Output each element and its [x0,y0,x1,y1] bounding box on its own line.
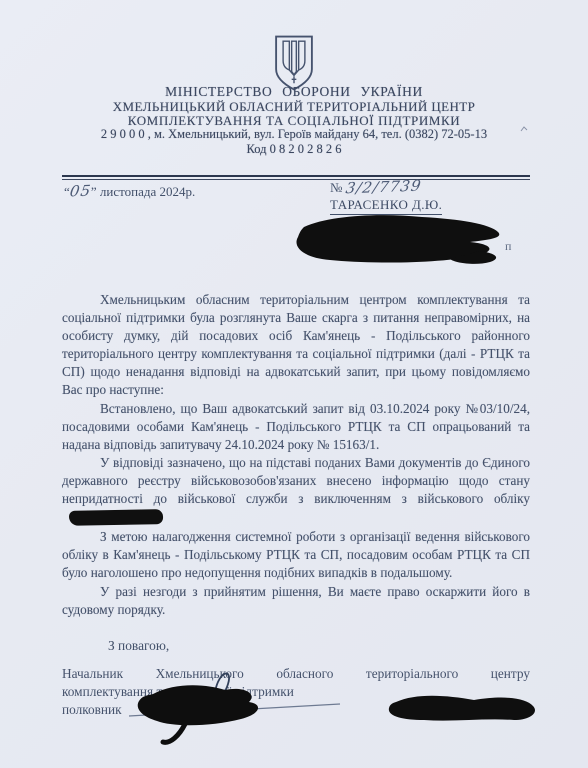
redaction-inline [69,509,163,526]
date-rest: листопада 2024р. [97,184,196,199]
signature-redaction-block [115,664,355,752]
org-code: Код 0 8 2 0 2 8 2 6 [0,142,588,157]
handwritten-number: 3/2/7739 [344,177,422,198]
paragraph-4: З метою налагодження системної роботи з … [62,528,530,582]
redaction-peek-char: п [505,239,511,254]
paragraph-3-text: У відповіді зазначено, що на підставі по… [62,455,530,506]
closing-phrase: З повагою, [108,638,169,654]
redaction-block-addressee [290,211,512,265]
header-divider-rule [62,175,530,180]
letter-number: № 3/2/7739 [330,178,421,196]
redaction-block-signatory-name [384,691,540,725]
handwritten-date-day: 05 [68,182,92,201]
number-label: № [330,180,342,195]
pen-mark-superscript [519,121,529,139]
paragraph-1: Хмельницьким обласним територіальним цен… [62,291,530,400]
ministry-title: МІНІСТЕРСТВО ОБОРОНИ УКРАЇНИ [0,84,588,100]
paragraph-5: У разі незгоди з прийнятим рішення, Ви м… [62,583,530,619]
ukraine-trident-emblem-icon [270,35,318,91]
letter-date: “05” листопада 2024р. [64,182,195,200]
scanned-letter-page: МІНІСТЕРСТВО ОБОРОНИ УКРАЇНИ ХМЕЛЬНИЦЬКИ… [0,0,588,768]
paragraph-2: Встановлено, що Ваш адвокатський запит в… [62,400,530,454]
letter-body: Хмельницьким обласним територіальним цен… [62,291,530,619]
paragraph-3: У відповіді зазначено, що на підставі по… [62,454,530,528]
org-address: 2 9 0 0 0 , м. Хмельницький, вул. Героїв… [0,127,588,142]
